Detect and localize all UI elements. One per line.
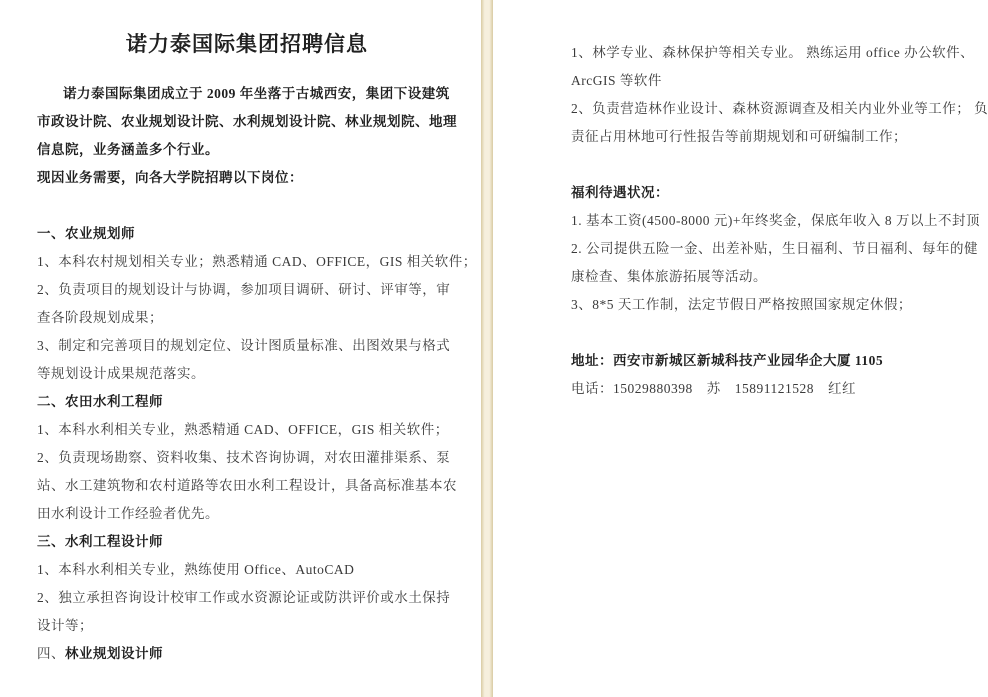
intro-line-3: 信息院，业务涵盖多个行业。 (37, 136, 457, 164)
section-2-heading: 二、农田水利工程师 (37, 388, 457, 416)
section-1-item-2-line-2: 查各阶段规划成果； (37, 304, 457, 332)
section-3-heading: 三、水利工程设计师 (37, 528, 457, 556)
phone-line: 电话：15029880398 苏 15891121528 红红 (571, 375, 948, 403)
section-1-item-1: 1、本科农村规划相关专业；熟悉精通 CAD、OFFICE，GIS 相关软件； (37, 248, 457, 276)
page-2-content: 1、林学专业、森林保护等相关专业。 熟练运用 office 办公软件、ArcGI… (493, 0, 988, 403)
section-3-item-2-line-1: 2、独立承担咨询设计校审工作或水资源论证或防洪评价或水土保持 (37, 584, 457, 612)
page-2-body: 1、林学专业、森林保护等相关专业。 熟练运用 office 办公软件、ArcGI… (571, 39, 948, 403)
benefits-item-2-line-1: 2. 公司提供五险一金、出差补贴，生日福利、节日福利、每年的健 (571, 235, 948, 263)
page-gap-divider (481, 0, 493, 697)
section-2-item-1: 1、本科水利相关专业，熟悉精通 CAD、OFFICE，GIS 相关软件； (37, 416, 457, 444)
benefits-heading: 福利待遇状况： (571, 179, 948, 207)
section-4-heading: 四、林业规划设计师 (37, 640, 457, 668)
section-3-item-1: 1、本科水利相关专业，熟练使用 Office、AutoCAD (37, 556, 457, 584)
section-2-item-2-line-3: 田水利设计工作经验者优先。 (37, 500, 457, 528)
document-canvas: 诺力泰国际集团招聘信息 诺力泰国际集团成立于 2009 年坐落于古城西安，集团下… (0, 0, 988, 697)
section-4-item-2-line-2: 责征占用林地可行性报告等前期规划和可研编制工作； (571, 123, 948, 151)
page-1-body: 诺力泰国际集团成立于 2009 年坐落于古城西安，集团下设建筑市政设计院、农业规… (37, 80, 457, 668)
section-2-item-2-line-1: 2、负责现场勘察、资料收集、技术咨询协调，对农田灌排渠系、泵 (37, 444, 457, 472)
section-2-item-2-line-2: 站、水工建筑物和农村道路等农田水利工程设计，具备高标准基本农 (37, 472, 457, 500)
section-1-item-2-line-1: 2、负责项目的规划设计与协调，参加项目调研、研讨、评审等，审 (37, 276, 457, 304)
benefits-item-2-line-2: 康检查、集体旅游拓展等活动。 (571, 263, 948, 291)
intro-line-2: 市政设计院、农业规划设计院、水利规划设计院、林业规划院、地理 (37, 108, 457, 136)
section-1-heading: 一、农业规划师 (37, 220, 457, 248)
section-4-item-1-line-2: ArcGIS 等软件 (571, 67, 948, 95)
recruit-notice: 现因业务需要，向各大学院招聘以下岗位： (37, 164, 457, 192)
page-2: 1、林学专业、森林保护等相关专业。 熟练运用 office 办公软件、ArcGI… (493, 0, 988, 697)
section-1-item-3-line-1: 3、制定和完善项目的规划定位、设计图质量标准、出图效果与格式 (37, 332, 457, 360)
document-title: 诺力泰国际集团招聘信息 (37, 30, 457, 58)
benefits-item-3: 3、8*5 天工作制，法定节假日严格按照国家规定休假； (571, 291, 948, 319)
section-1-item-3-line-2: 等规划设计成果规范落实。 (37, 360, 457, 388)
address-line: 地址：西安市新城区新城科技产业园华企大厦 1105 (571, 347, 948, 375)
page-1-content: 诺力泰国际集团招聘信息 诺力泰国际集团成立于 2009 年坐落于古城西安，集团下… (0, 0, 481, 668)
intro-line-1: 诺力泰国际集团成立于 2009 年坐落于古城西安，集团下设建筑 (37, 80, 457, 108)
section-4-item-1-line-1: 1、林学专业、森林保护等相关专业。 熟练运用 office 办公软件、 (571, 39, 948, 67)
section-4-item-2-line-1: 2、负责营造林作业设计、森林资源调查及相关内业外业等工作； 负 (571, 95, 948, 123)
page-1: 诺力泰国际集团招聘信息 诺力泰国际集团成立于 2009 年坐落于古城西安，集团下… (0, 0, 481, 697)
benefits-item-1: 1. 基本工资(4500-8000 元)+年终奖金，保底年收入 8 万以上不封顶 (571, 207, 948, 235)
section-3-item-2-line-2: 设计等； (37, 612, 457, 640)
